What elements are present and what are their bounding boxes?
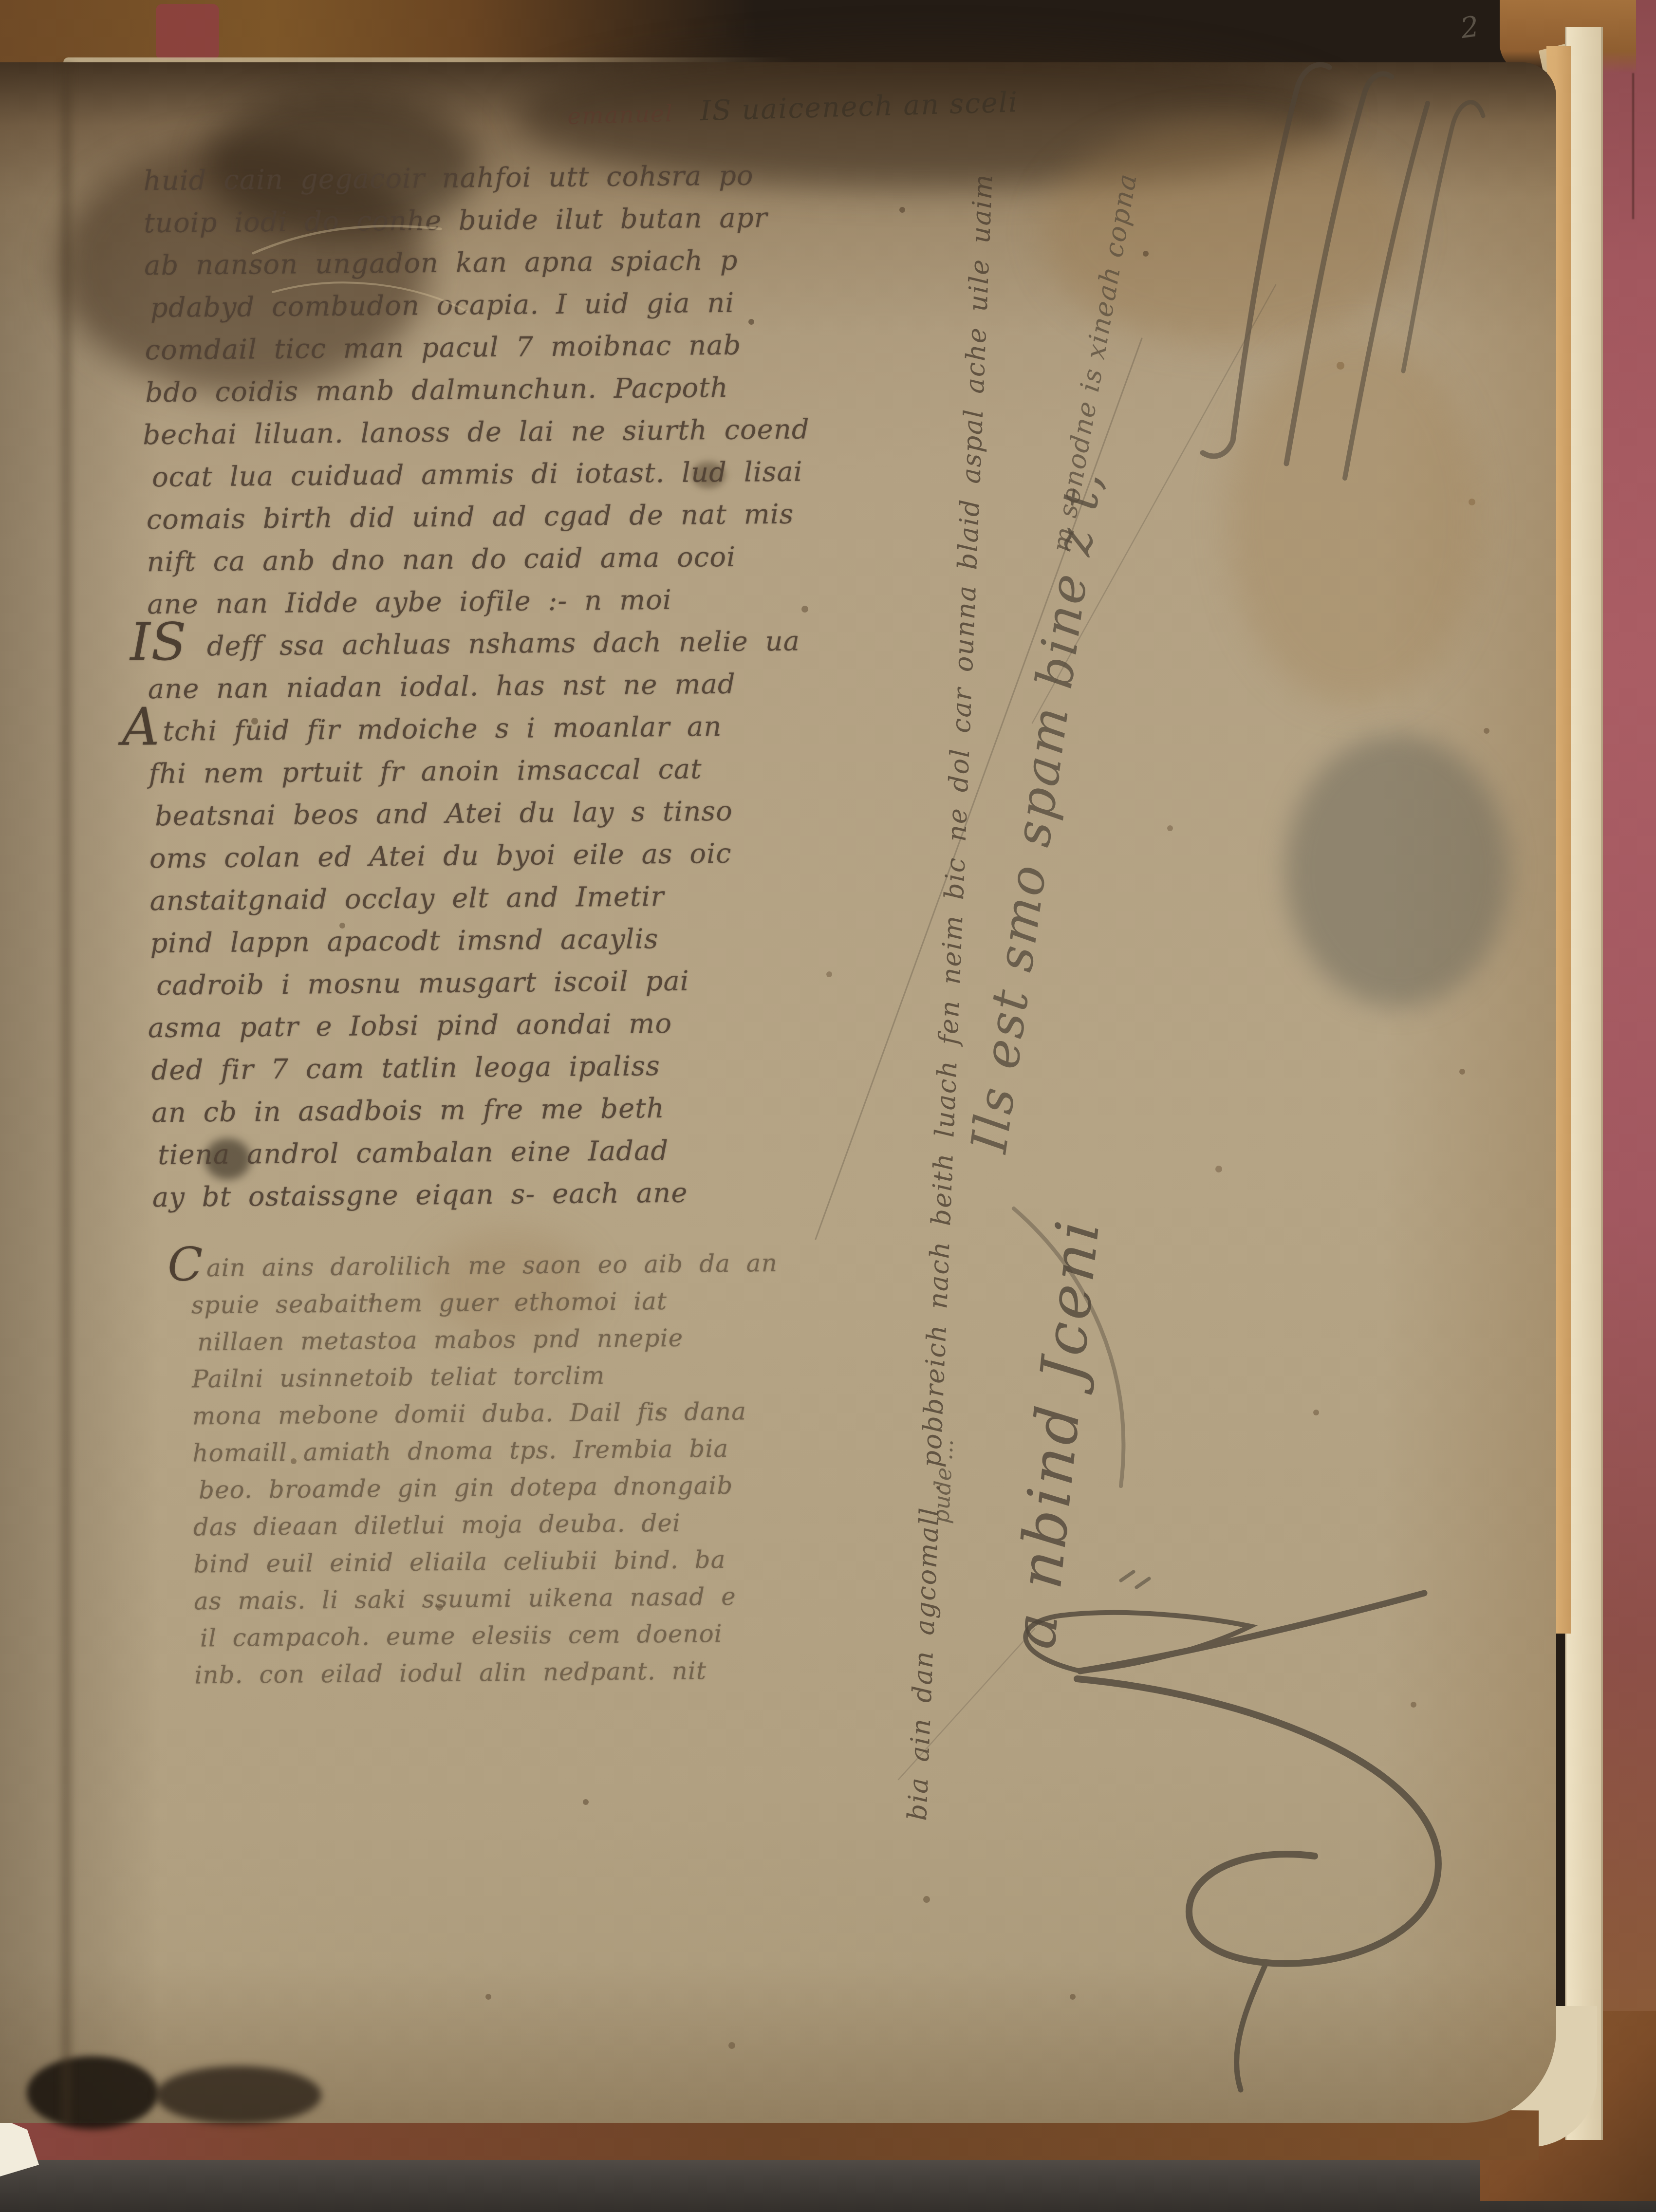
- gutter-crease: [56, 62, 76, 2123]
- text-line: bind euil einid eliaila celiubii bind. b…: [193, 1540, 852, 1583]
- text-line: ab nanson ungadon kan apna spiach p: [144, 239, 841, 287]
- text-line: ane nan niadan iodal. has nst ne mad: [148, 662, 844, 710]
- text-line: nift ca anb dno nan do caid ama ocoi: [147, 535, 843, 583]
- ink-blot: [27, 2056, 158, 2129]
- text-line: beo. broamde gin gin dotepa dnongaib: [199, 1466, 852, 1509]
- water-stain: [1227, 335, 1480, 705]
- text-line: ded fir 7 cam tatlin leoga ipaliss: [151, 1043, 848, 1092]
- text-line: spuie seabaithem guer ethomoi iat: [191, 1281, 850, 1324]
- ink-blot: [156, 2066, 321, 2124]
- text-line: tiena androl cambalan eine Iadad: [158, 1128, 849, 1176]
- text-line: tuoip iodi do conhe buide ilut butan apr: [144, 196, 840, 244]
- text-line: beatsnai beos and Atei du lay s tinso: [155, 789, 846, 837]
- text-line: das dieaan diletlui moja deuba. dei: [193, 1503, 852, 1546]
- vertical-marginal-note-2: pude ...: [928, 1438, 958, 1524]
- text-block: huid cain gegacoir nahfoi utt cohsra pot…: [143, 154, 853, 1694]
- text-line: ane nan Iidde aybe iofile :- n moi: [147, 577, 844, 626]
- header-gloss: emanuel: [567, 100, 674, 130]
- text-line: ay bt ostaissgne eiqan s- each ane: [152, 1171, 849, 1219]
- text-line: pind lappn apacodt imsnd acaylis: [150, 916, 847, 965]
- text-line: inb. con eilad iodul alin nedpant. nit: [194, 1651, 853, 1694]
- text-line: homaill amiath dnoma tps. Irembia bia: [192, 1429, 851, 1472]
- text-line: nillaen metastoa mabos pnd nnepie: [197, 1318, 850, 1361]
- gray-smudge: [1285, 734, 1509, 1007]
- text-line: bechai liluan. lanoss de lai ne siurth c…: [143, 408, 842, 457]
- text-line: asma patr e Iobsi pind aondai mo: [148, 1001, 847, 1050]
- text-line: IS deff ssa achluas nshams dach nelie ua: [153, 620, 844, 668]
- book-cover-right-leather: [1599, 0, 1656, 2191]
- decorated-initial: IS: [130, 612, 187, 673]
- text-line: cadroib i mosnu musgart iscoil pai: [156, 959, 847, 1007]
- text-line: Atchi fuid fir mdoiche s i moanlar an: [145, 705, 845, 753]
- text-line: il campacoh. eume elesiis cem doenoi: [200, 1614, 853, 1657]
- text-line: as mais. li saki ssuumi uikena nasad e: [194, 1577, 853, 1620]
- text-line: an cb in asadbois m fre me beth: [151, 1086, 848, 1134]
- decorated-initial: A: [122, 697, 160, 758]
- text-line: ocat lua cuiduad ammis di iotast. lud li…: [152, 450, 843, 499]
- text-line: Pailni usinnetoib teliat torclim: [192, 1355, 851, 1398]
- text-line: Cain ains darolilich me saon eo aib da a…: [191, 1244, 850, 1287]
- cover-red-patch: [156, 4, 219, 60]
- manuscript-photo: 2 emanuelIS uaicenech an sceli huid cain…: [0, 0, 1656, 2212]
- text-line: fhi nem prtuit fr anoin imsaccal cat: [149, 747, 845, 795]
- text-line: bdo coidis manb dalmunchun. Pacpoth: [145, 366, 842, 414]
- text-line: comais birth did uind ad cgad de nat mis: [146, 493, 843, 541]
- text-line: pdabyd combudon ocapia. I uid gia ni: [150, 281, 841, 329]
- leather-crack: [1632, 73, 1634, 219]
- text-line: mona mebone domii duba. Dail fis dana: [192, 1392, 851, 1435]
- speckles: [0, 62, 3, 65]
- text-line: anstaitgnaid occlay elt and Imetir: [149, 874, 846, 922]
- decorated-initial: C: [167, 1238, 204, 1292]
- folio-number: 2: [1458, 10, 1481, 45]
- text-line: huid cain gegacoir nahfoi utt cohsra po: [143, 154, 840, 202]
- text-line: oms colan ed Atei du byoi eile as oic: [149, 832, 846, 880]
- text-line: comdail ticc man pacul 7 moibnac nab: [145, 323, 841, 372]
